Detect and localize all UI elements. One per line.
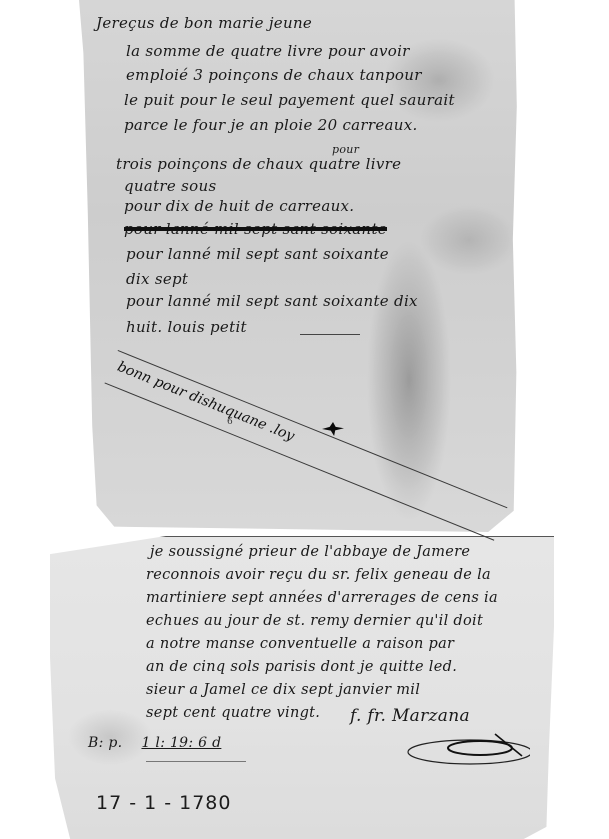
upper-line-7: quatre sous: [124, 177, 216, 195]
upper-line-4: le puit pour le seul payement quel saura…: [124, 91, 455, 109]
signature-underline: [300, 334, 360, 335]
amount-label: B: p.: [88, 735, 122, 751]
upper-line-11: pour lanné mil sept sant soixante dix: [126, 292, 418, 310]
upper-line-3: emploié 3 poinçons de chaux tanpour: [126, 66, 422, 84]
upper-line-5: parce le four je an ploie 20 carreaux.: [124, 116, 418, 134]
upper-line-12: huit. louis petit: [126, 318, 247, 336]
amount-block: B: p. 1 l: 19: 6 d: [88, 732, 221, 751]
upper-line-6: trois poinçons de chaux quatre livre: [116, 155, 401, 173]
lower-line-1: je soussigné prieur de l'abbaye de Jamer…: [150, 544, 470, 560]
upper-line-8: pour dix de huit de carreaux.: [124, 197, 354, 215]
upper-line-9: pour lanné mil sept sant soixante: [126, 245, 389, 263]
lower-line-4: echues au jour de st. remy dernier qu'il…: [146, 613, 483, 629]
lower-line-6: an de cinq sols parisis dont je quitte l…: [146, 659, 457, 675]
signature-flourish-icon: [400, 728, 530, 768]
lower-line-8: sept cent quatre vingt.: [146, 705, 320, 721]
upper-line-10: dix sept: [126, 270, 188, 288]
amount-underline: [146, 761, 246, 762]
upper-line-1: Jereçus de bon marie jeune: [96, 14, 312, 32]
lower-line-7: sieur a Jamel ce dix sept janvier mil: [146, 682, 420, 698]
signature: f. fr. Marzana: [350, 706, 470, 726]
struck-through-line: pour lanné mil sept sant soixante: [124, 220, 387, 238]
lower-line-3: martiniere sept années d'arrerages de ce…: [146, 590, 498, 606]
lower-line-5: a notre manse conventuelle a raison par: [146, 636, 454, 652]
lower-line-2: reconnois avoir reçu du sr. felix geneau…: [146, 567, 491, 583]
page-mark: 6: [227, 417, 233, 427]
amount-value: 1 l: 19: 6 d: [141, 735, 221, 751]
upper-line-2: la somme de quatre livre pour avoir: [126, 42, 410, 60]
archive-date-stamp: 17 - 1 - 1780: [96, 792, 232, 814]
